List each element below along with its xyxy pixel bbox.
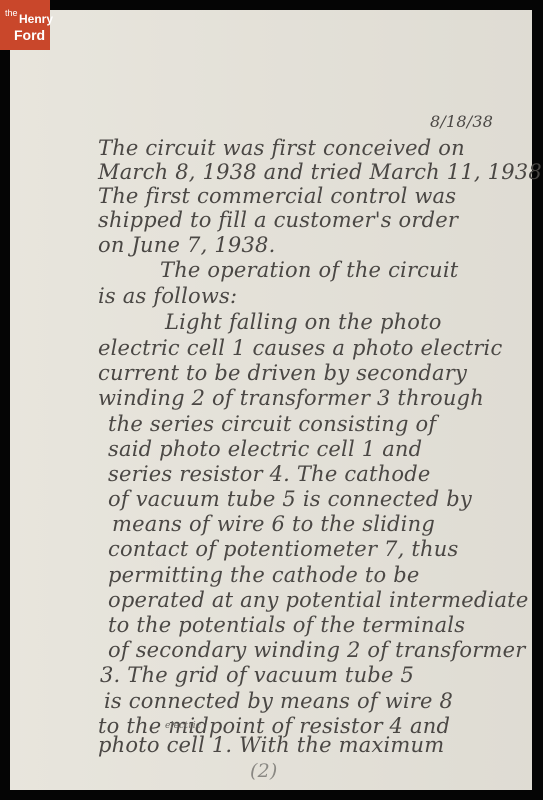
text-line: permitting the cathode to be [108,563,420,587]
page-number: (2) [250,760,278,782]
text-line: March 8, 1938 and tried March 11, 1938. [98,160,543,184]
text-line: series resistor 4. The cathode [108,462,430,486]
text-line: is as follows: [98,284,237,308]
text-line: photo cell 1. With the maximum [98,733,444,757]
text-line: contact of potentiometer 7, thus [108,537,458,561]
text-line: 3. The grid of vacuum tube 5 [100,663,414,687]
logo-the: the [5,9,18,18]
text-line: said photo electric cell 1 and [108,437,422,461]
text-line: of vacuum tube 5 is connected by [108,487,472,511]
text-line: of secondary winding 2 of transformer [108,638,525,662]
text-line: to the potentials of the terminals [108,613,465,637]
text-line: on June 7, 1938. [98,233,275,257]
text-line: means of wire 6 to the sliding [112,512,435,536]
text-line: The first commercial control was [98,184,456,208]
text-line: current to be driven by secondary [98,361,467,385]
text-line: Light falling on the photo [165,310,442,334]
text-line: operated at any potential intermediate [108,588,528,612]
logo-henry: Henry [19,13,53,25]
insertion-note: electric [165,721,201,731]
text-line: electric cell 1 causes a photo electric [98,336,502,360]
logo-ford: Ford [14,28,45,42]
text-line: The circuit was first conceived on [98,136,465,160]
text-line: The operation of the circuit [160,258,458,282]
text-line: is connected by means of wire 8 [104,689,453,713]
text-line: winding 2 of transformer 3 through [98,386,484,410]
henry-ford-logo: the Henry Ford [0,0,50,50]
text-line: shipped to fill a customer's order [98,208,458,232]
document-date: 8/18/38 [430,112,493,131]
text-line: the series circuit consisting of [108,412,436,436]
